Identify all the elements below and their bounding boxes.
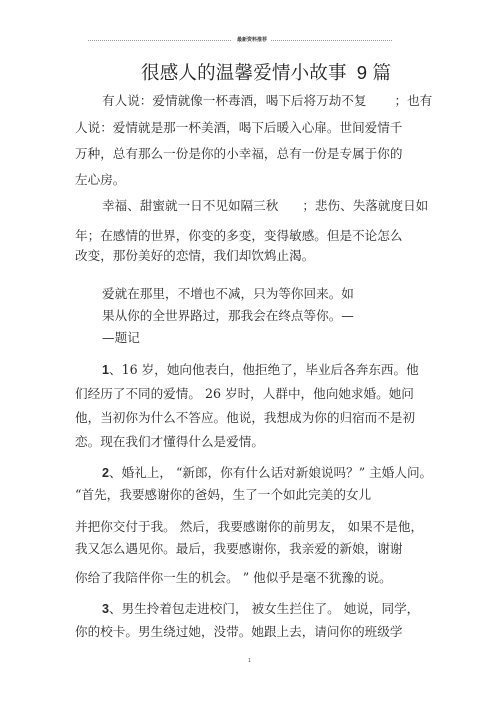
story-2-line: 2、婚礼上， “新郎，你有什么话对新娘说吗？” 主婚人问。	[102, 464, 432, 482]
title-count: 9 篇	[357, 62, 392, 83]
paragraph-line: 改变，那份美好的恋情，我们却饮鸩止渴。	[75, 247, 314, 265]
story-number: 3	[102, 602, 109, 616]
header-label: 最新资料推荐	[232, 35, 272, 45]
document-title: 很感人的温馨爱情小故事9 篇	[141, 60, 391, 87]
epigraph-line: 果从你的全世界路过，那我会在终点等你。—	[102, 307, 354, 325]
paragraph-line: 左心房。	[75, 171, 125, 189]
story-1-line: 1、16 岁，她向他表白，他拒绝了，毕业后各奔东西。他	[102, 361, 419, 379]
page-number: 1	[248, 658, 251, 664]
header-dotted-rule-left	[88, 40, 231, 41]
story-number: 1	[102, 363, 109, 377]
story-3-line: 3、男生拎着包走进校门， 被女生拦住了。 她说，同学，	[102, 600, 419, 618]
story-2-line: 你给了我陪伴你一生的机会。 ” 他似乎是毫不犹豫的说。	[75, 569, 392, 587]
story-3-line: 你的校卡。男生绕过她，没带。她跟上去，请问你的班级学	[75, 623, 402, 641]
story-1-line: 恋。现在我们才懂得什么是爱情。	[75, 433, 264, 451]
paragraph-line: 人说：爱情就是那一杯美酒，喝下后暖入心扉。世间爱情千	[75, 119, 402, 137]
story-2-line: “首先，我要感谢你的爸妈，生了一个如此完美的女儿	[75, 486, 371, 504]
epigraph-line: —题记	[102, 329, 140, 347]
title-text: 很感人的温馨爱情小故事	[141, 63, 347, 84]
page-header: 最新资料推荐	[88, 35, 392, 45]
paragraph-line: 幸福、甜蜜就一日不见如隔三秋；悲伤、失落就度日如	[102, 197, 428, 215]
story-number: 2	[102, 466, 109, 480]
epigraph-line: 爱就在那里，不增也不减，只为等你回来。如	[102, 285, 354, 303]
story-1-line: 他，当初你为什么不答应。他说，我想成为你的归宿而不是初	[75, 409, 415, 427]
document-page: 最新资料推荐 很感人的温馨爱情小故事9 篇 有人说：爱情就像一杯毒酒，喝下后将万…	[0, 0, 500, 708]
paragraph-line: 年；在感情的世界，你变的多变，变得敏感。但是不论怎么	[75, 227, 402, 245]
header-dotted-rule-right	[271, 40, 392, 41]
story-2-line: 我又怎么遇见你。最后，我要感谢你，我亲爱的新娘，谢谢	[75, 540, 402, 558]
paragraph-line: 万种，总有那么一份是你的小幸福，总有一份是专属于你的	[75, 145, 402, 163]
story-2-line: 并把你交付于我。 然后，我要感谢你的前男友， 如果不是他，	[75, 518, 423, 536]
paragraph-line: 有人说：爱情就像一杯毒酒，喝下后将万劫不复；也有	[102, 92, 432, 110]
story-1-line: 们经历了不同的爱情。 26 岁时，人群中，他向她求婚。她问	[75, 385, 414, 403]
